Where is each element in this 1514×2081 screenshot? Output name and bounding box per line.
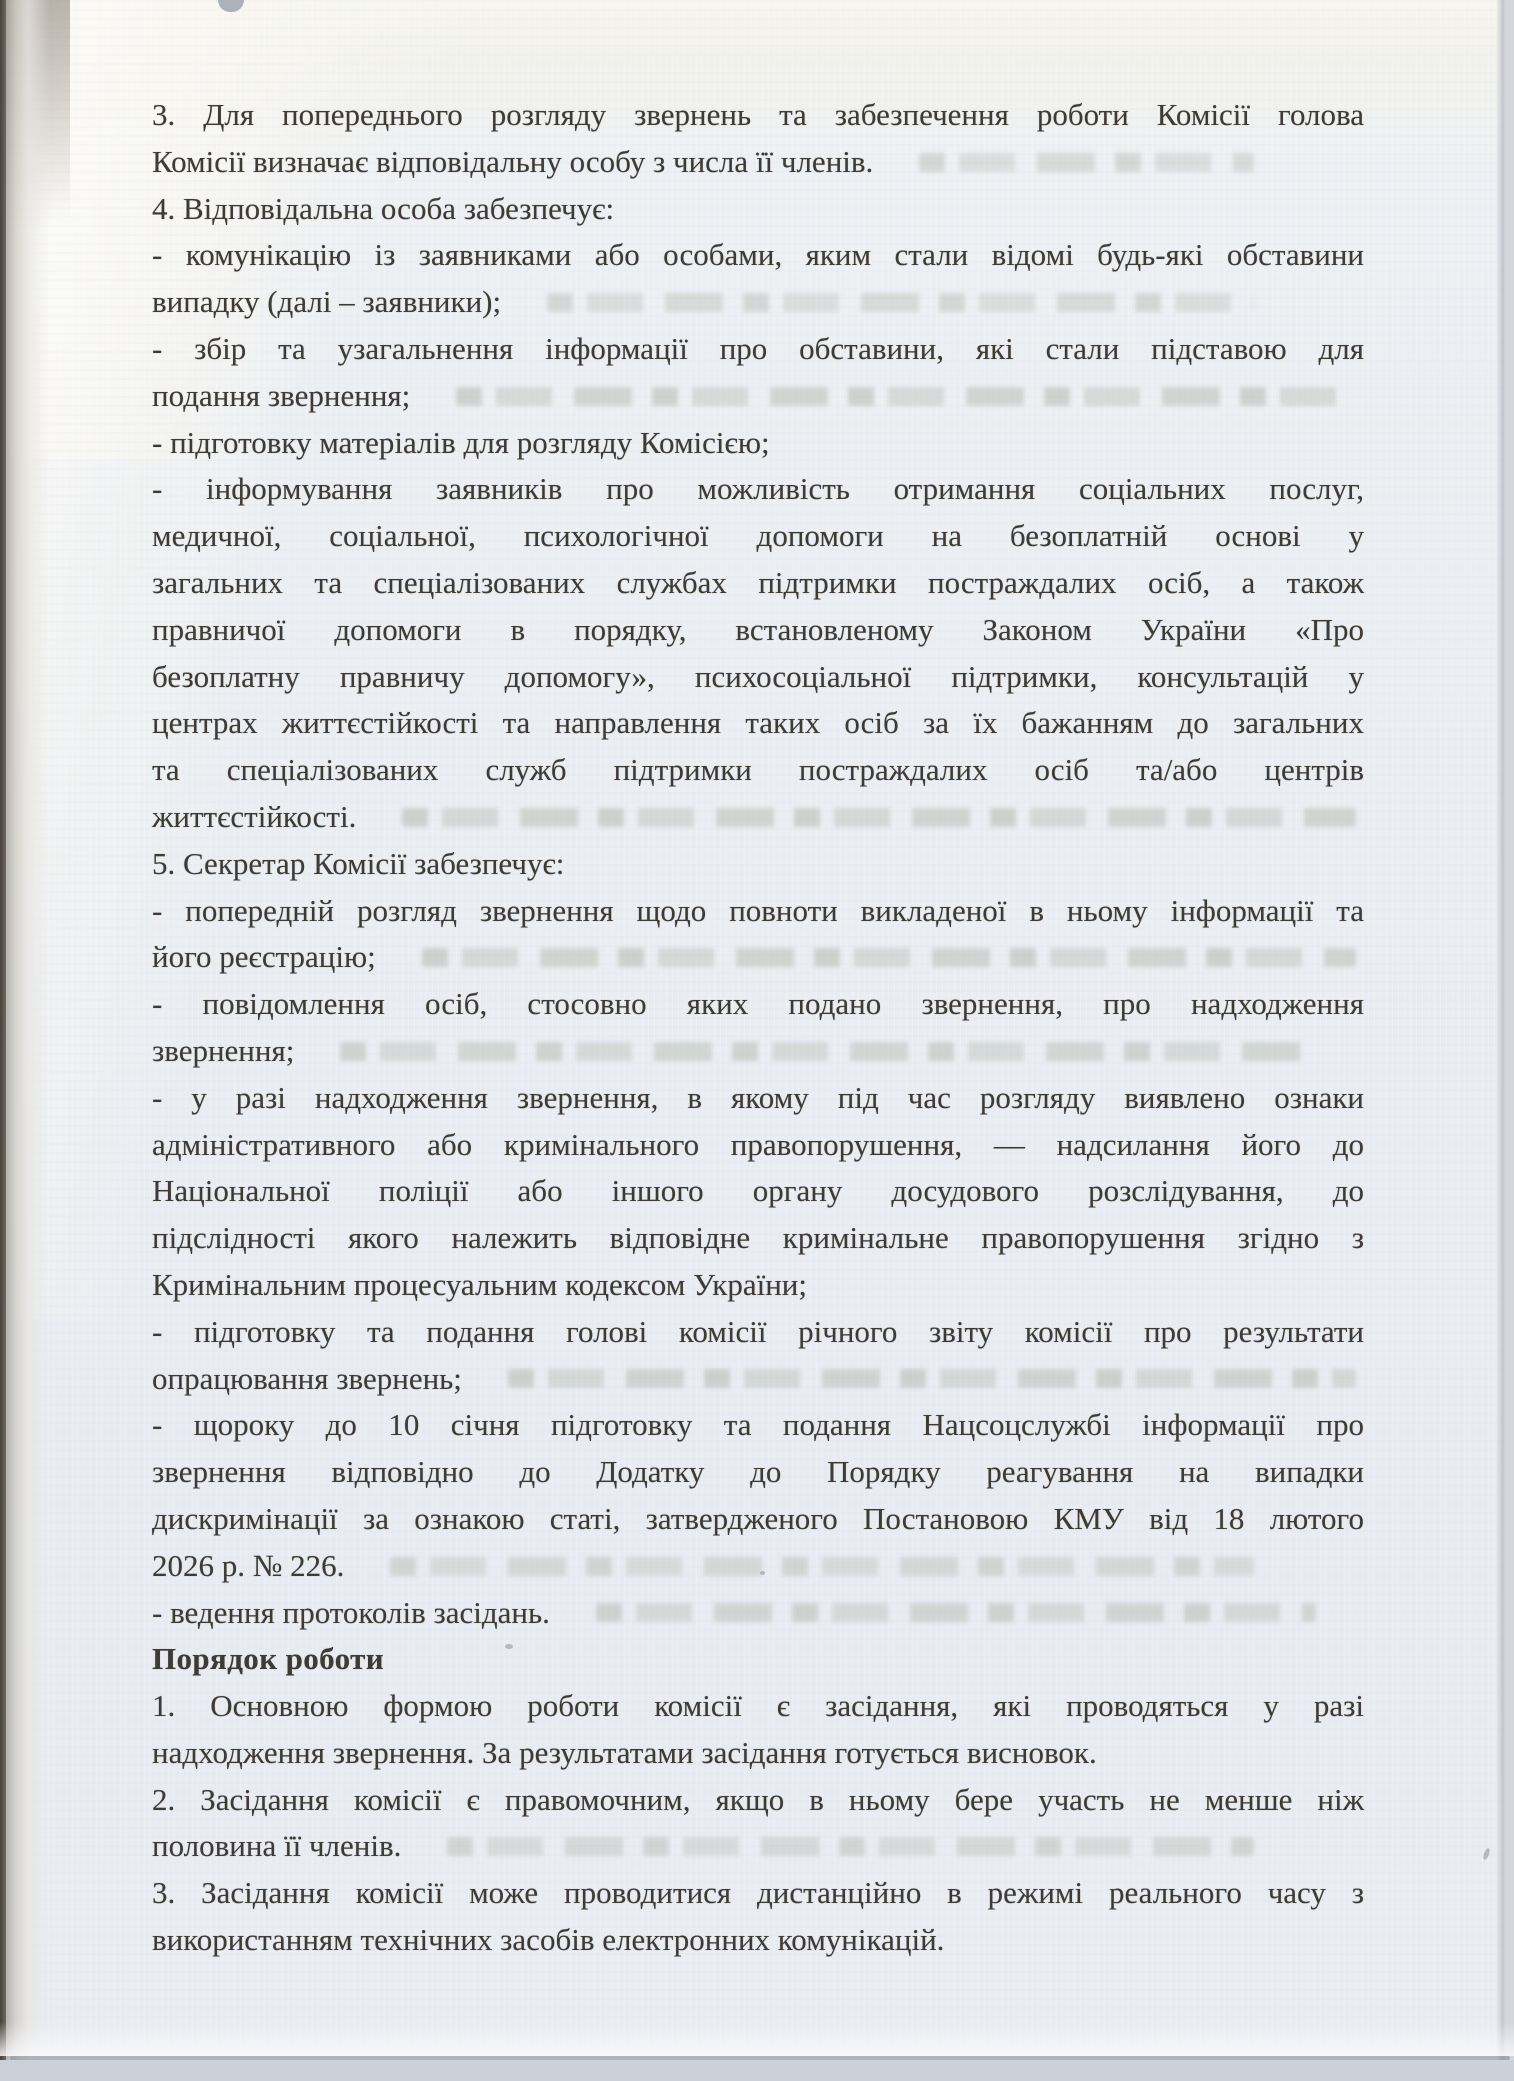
text-line: - підготовку матеріалів для розгляду Ком… [152,420,1364,467]
text-line-content: 2. Засідання комісії є правомочним, якщо… [152,1777,1364,1824]
text-line: Кримінальним процесуальним кодексом Укра… [152,1262,1364,1309]
text-line: звернення; [152,1028,1364,1075]
text-line-content: - підготовку матеріалів для розгляду Ком… [152,420,770,467]
document-text: 3. Для попереднього розгляду звернень та… [152,92,1364,1964]
text-line: 3. Засідання комісії може проводитися ди… [152,1870,1364,1917]
page-edge-right [1496,0,1514,2081]
text-line-content: випадку (далі – заявники); [152,279,501,326]
bleed-through-text [508,1369,1356,1388]
text-line-content: 3. Для попереднього розгляду звернень та… [152,92,1364,139]
paper-speck [505,1644,513,1649]
text-line-content: Порядок роботи [152,1636,384,1683]
bleed-through-text [919,153,1254,172]
text-line: - ведення протоколів засідань. [152,1590,1364,1637]
text-line: центрах життєстійкості та направлення та… [152,700,1364,747]
text-line: випадку (далі – заявники); [152,279,1364,326]
text-line: загальних та спеціалізованих службах під… [152,560,1364,607]
text-line: - повідомлення осіб, стосовно яких подан… [152,981,1364,1028]
bleed-through-text [340,1042,1316,1061]
text-line: дискримінації за ознакою статі, затвердж… [152,1496,1364,1543]
text-line-content: - комунікацію із заявниками або особами,… [152,232,1364,279]
text-line: 2. Засідання комісії є правомочним, якщо… [152,1777,1364,1824]
page-edge-shadow-left [6,0,50,2081]
bleed-through-text [447,1837,1254,1856]
text-line: 2026 р. № 226. [152,1543,1364,1590]
bleed-through-text [547,293,1254,312]
paper-speck [1482,1848,1491,1861]
text-line-content: надходження звернення. За результатами з… [152,1730,1097,1777]
text-line: - щороку до 10 січня підготовку та подан… [152,1402,1364,1449]
text-line: та спеціалізованих служб підтримки постр… [152,747,1364,794]
text-line: Національної поліції або іншого органу д… [152,1168,1364,1215]
text-line: - попередній розгляд звернення щодо повн… [152,888,1364,935]
text-line-content: його реєстрацію; [152,934,376,981]
text-line-content: подання звернення; [152,373,410,420]
text-line: - інформування заявників про можливість … [152,466,1364,513]
text-line: - у разі надходження звернення, в якому … [152,1075,1364,1122]
bleed-through-text [422,948,1356,967]
text-line-content: 1. Основною формою роботи комісії є засі… [152,1683,1364,1730]
text-line-content: 4. Відповідальна особа забезпечує: [152,186,614,233]
text-line-content: центрах життєстійкості та направлення та… [152,700,1364,747]
scanned-page: 3. Для попереднього розгляду звернень та… [0,0,1514,2081]
bleed-through-text [402,808,1356,827]
text-line: 1. Основною формою роботи комісії є засі… [152,1683,1364,1730]
text-line: 5. Секретар Комісії забезпечує: [152,841,1364,888]
paper-speck [760,1571,765,1575]
text-line-content: підслідності якого належить відповідне к… [152,1215,1364,1262]
text-line: - збір та узагальнення інформації про об… [152,326,1364,373]
text-line-content: звернення; [152,1028,294,1075]
text-line-content: та спеціалізованих служб підтримки постр… [152,747,1364,794]
text-line-content: - повідомлення осіб, стосовно яких подан… [152,981,1364,1028]
text-line: його реєстрацію; [152,934,1364,981]
text-line: життєстійкості. [152,794,1364,841]
text-line-content: 3. Засідання комісії може проводитися ди… [152,1870,1364,1917]
bleed-through-text [596,1603,1316,1622]
text-line: надходження звернення. За результатами з… [152,1730,1364,1777]
text-line-content: - підготовку та подання голові комісії р… [152,1309,1364,1356]
text-line-content: - збір та узагальнення інформації про об… [152,326,1364,373]
text-line: подання звернення; [152,373,1364,420]
text-line: Комісії визначає відповідальну особу з ч… [152,139,1364,186]
text-line-content: Кримінальним процесуальним кодексом Укра… [152,1262,807,1309]
text-line-content: загальних та спеціалізованих службах під… [152,560,1364,607]
text-line-content: безоплатну правничу допомогу», психосоці… [152,654,1364,701]
text-line: використанням технічних засобів електрон… [152,1917,1364,1964]
text-line: звернення відповідно до Додатку до Поряд… [152,1449,1364,1496]
text-line: половина її членів. [152,1823,1364,1870]
bleed-through-text [456,387,1356,406]
page-edge-left [0,0,6,2081]
text-line-content: - ведення протоколів засідань. [152,1590,550,1637]
text-line-content: - у разі надходження звернення, в якому … [152,1075,1364,1122]
text-line: адміністративного або кримінального прав… [152,1122,1364,1169]
text-line-content: - інформування заявників про можливість … [152,466,1364,513]
bleed-through-text [390,1557,1254,1576]
text-line: опрацювання звернень; [152,1356,1364,1403]
text-line: правничої допомоги в порядку, встановлен… [152,607,1364,654]
text-line-content: дискримінації за ознакою статі, затвердж… [152,1496,1364,1543]
section-heading: Порядок роботи [152,1636,1364,1683]
text-line: підслідності якого належить відповідне к… [152,1215,1364,1262]
text-line-content: використанням технічних засобів електрон… [152,1917,944,1964]
text-line: 4. Відповідальна особа забезпечує: [152,186,1364,233]
text-line-content: - щороку до 10 січня підготовку та подан… [152,1402,1364,1449]
text-line: - підготовку та подання голові комісії р… [152,1309,1364,1356]
text-line: медичної, соціальної, психологічної допо… [152,513,1364,560]
text-line-content: медичної, соціальної, психологічної допо… [152,513,1364,560]
text-line-content: Комісії визначає відповідальну особу з ч… [152,139,873,186]
text-line-content: адміністративного або кримінального прав… [152,1122,1364,1169]
page-bottom-fade [0,2022,1514,2056]
scanner-bottom-strip [0,2060,1514,2081]
text-line: безоплатну правничу допомогу», психосоці… [152,654,1364,701]
text-line: 3. Для попереднього розгляду звернень та… [152,92,1364,139]
text-line-content: Національної поліції або іншого органу д… [152,1168,1364,1215]
text-line-content: правничої допомоги в порядку, встановлен… [152,607,1364,654]
text-line-content: 2026 р. № 226. [152,1543,344,1590]
text-line-content: опрацювання звернень; [152,1356,462,1403]
text-line: - комунікацію із заявниками або особами,… [152,232,1364,279]
text-line-content: половина її членів. [152,1823,401,1870]
text-line-content: 5. Секретар Комісії забезпечує: [152,841,564,888]
text-line-content: звернення відповідно до Додатку до Поряд… [152,1449,1364,1496]
text-line-content: життєстійкості. [152,794,356,841]
text-line-content: - попередній розгляд звернення щодо повн… [152,888,1364,935]
